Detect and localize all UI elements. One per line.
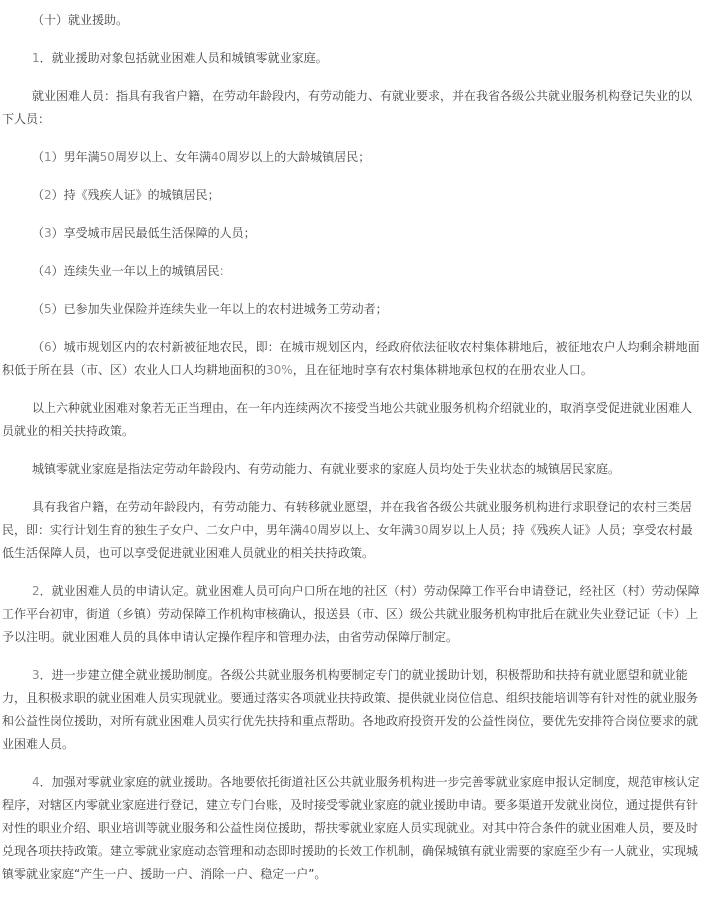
paragraph: 具有我省户籍，在劳动年龄段内，有劳动能力、有转移就业愿望，并在我省各级公共就业服…: [2, 496, 702, 565]
paragraph: （1）男年满50周岁以上、女年满40周岁以上的大龄城镇居民；: [2, 146, 702, 169]
paragraph: （2）持《残疾人证》的城镇居民；: [2, 184, 702, 207]
inline-number: 40: [211, 150, 226, 164]
paragraph: 4．加强对零就业家庭的就业援助。各地要依托街道社区公共就业服务机构进一步完善零就…: [2, 771, 702, 886]
paragraph: 3．进一步建立健全就业援助制度。各级公共就业服务机构要制定专门的就业援助计划，积…: [2, 664, 702, 756]
inline-number: 4: [44, 264, 52, 278]
paragraph: 以上六种就业困难对象若无正当理由，在一年内连续两次不接受当地公共就业服务机构介绍…: [2, 397, 702, 443]
paragraph: 就业困难人员：指具有我省户籍，在劳动年龄段内，有劳动能力、有就业要求，并在我省各…: [2, 85, 702, 131]
paragraph: （3）享受城市居民最低生活保障的人员；: [2, 222, 702, 245]
paragraph: （5）已参加失业保险并连续失业一年以上的农村进城务工劳动者；: [2, 298, 702, 321]
inline-number: 2: [32, 584, 40, 598]
paragraph: （6）城市规划区内的农村新被征地农民，即：在城市规划区内，经政府依法征收农村集体…: [2, 336, 702, 382]
inline-number: 4: [32, 775, 40, 789]
inline-number: 50: [100, 150, 115, 164]
paragraph: 城镇零就业家庭是指法定劳动年龄段内、有劳动能力、有就业要求的家庭人员均处于失业状…: [2, 458, 702, 481]
paragraph: （4）连续失业一年以上的城镇居民:: [2, 260, 702, 283]
inline-number: 3: [44, 226, 52, 240]
inline-number: 30: [413, 523, 428, 537]
inline-number: 30%: [266, 363, 293, 377]
inline-number: 1: [44, 150, 52, 164]
inline-number: 3: [32, 668, 40, 682]
inline-number: 2: [44, 188, 52, 202]
inline-number: 40: [302, 523, 317, 537]
inline-number: 5: [44, 302, 52, 316]
document-body: （十）就业援助。1．就业援助对象包括就业困难人员和城镇零就业家庭。就业困难人员：…: [0, 0, 707, 906]
inline-number: 1: [32, 51, 40, 65]
inline-number: 6: [44, 340, 52, 354]
paragraph: 1．就业援助对象包括就业困难人员和城镇零就业家庭。: [2, 47, 702, 70]
inline-number: :: [220, 264, 224, 278]
paragraph: （十）就业援助。: [2, 9, 702, 32]
paragraph: 2．就业困难人员的申请认定。就业困难人员可向户口所在地的社区（村）劳动保障工作平…: [2, 580, 702, 649]
